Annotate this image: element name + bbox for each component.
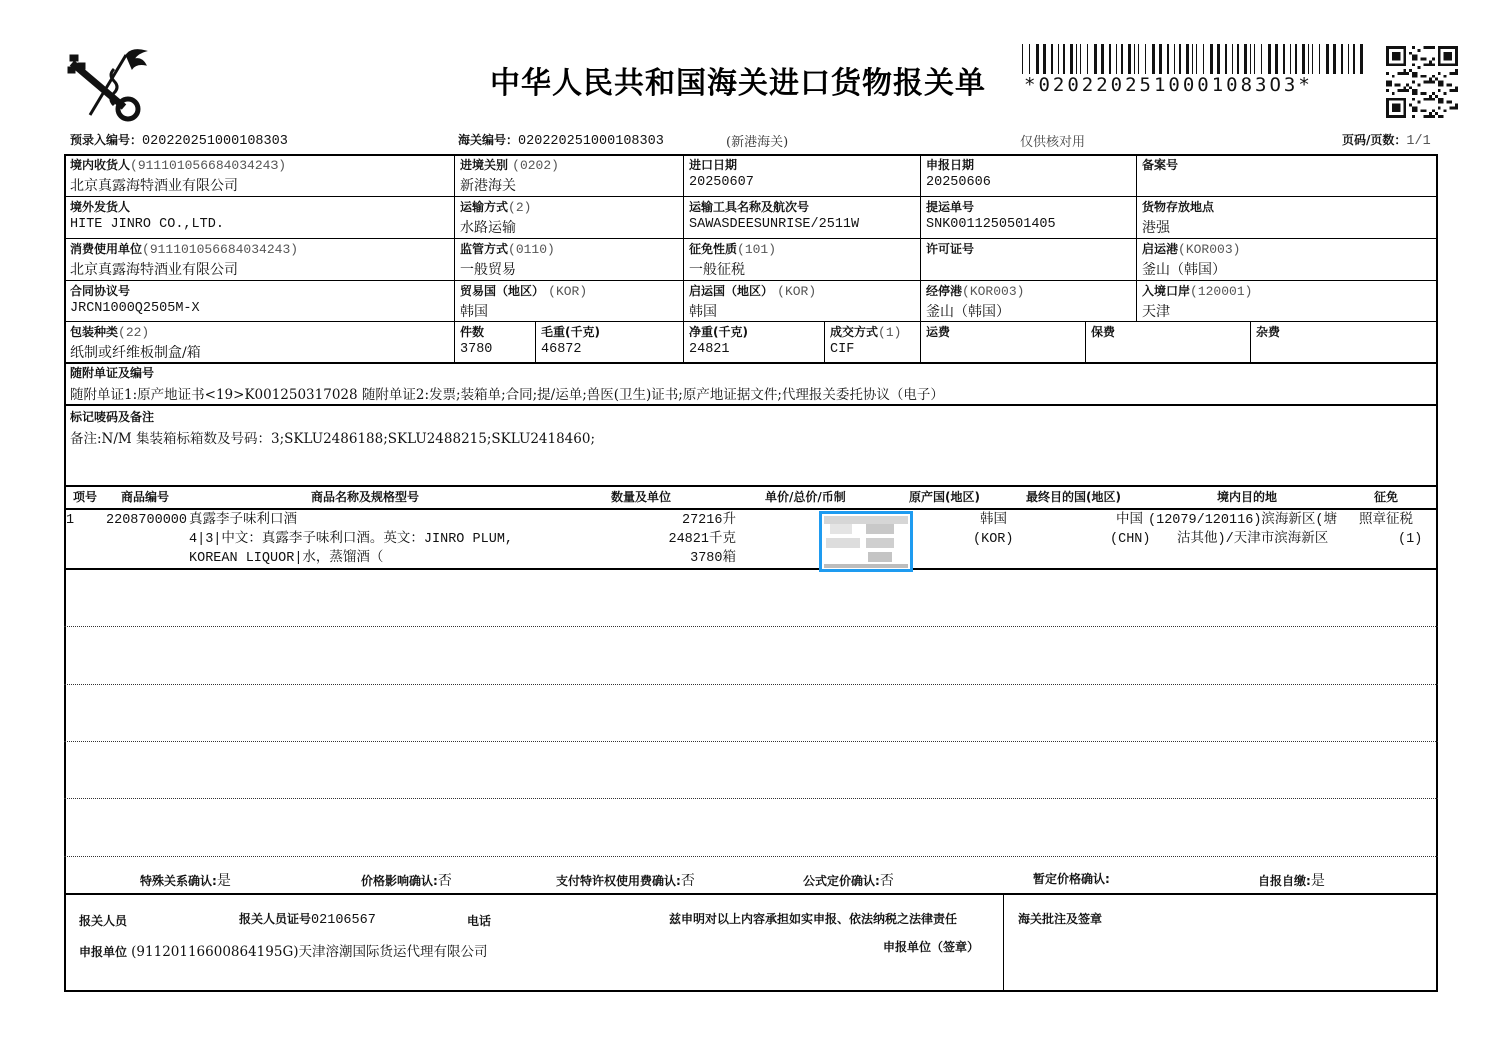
legal-statement: 兹申明对以上内容承担如实申报、依法纳税之法律责任 [669, 910, 957, 927]
pre-entry-number: 预录入编号：020220251000108303 [70, 131, 288, 149]
field-bill-of-lading: 提运单号 SNK0011250501405 [920, 196, 1136, 238]
qr-code-icon [1386, 46, 1458, 118]
col-levy: 征免 [1374, 488, 1398, 505]
confirm-provisional-price: 暂定价格确认: [1033, 870, 1110, 887]
field-misc-fee: 杂费 [1250, 321, 1436, 362]
field-record-no: 备案号 [1136, 154, 1436, 196]
phone-label: 电话 [467, 912, 491, 929]
field-consignee: 境内收货人(91110105668403424З) 北京真露海特酒业有限公司 [64, 154, 454, 196]
verification-note: 仅供核对用 [1020, 131, 1085, 150]
field-entry-customs: 进境关别 (0202) 新港海关 [454, 154, 683, 196]
customs-emblem-icon [66, 45, 148, 123]
customs-number: 海关编号：020220251000108303 [458, 131, 664, 149]
field-levy-nature: 征免性质(101) 一般征税 [683, 238, 920, 280]
field-stop-port: 经停港(KOR003) 釜山（韩国） [920, 280, 1136, 321]
barcode-text: *0202202510001083O3* [1024, 74, 1313, 96]
confirm-price-influence: 价格影响确认:否 [361, 870, 452, 890]
declaring-unit: 申报单位 (91120116600864195G)天津溶潮国际货运代理有限公司 [79, 940, 488, 960]
field-storage-place: 货物存放地点 港强 [1136, 196, 1436, 238]
field-marks-remarks: 标记唛码及备注 备注:N/M 集装箱标箱数及号码：3;SKLU2486188;S… [64, 404, 1436, 485]
page-indicator: 页码/页数：1/1 [1342, 131, 1431, 149]
field-shipper: 境外发货人 HITE JINRO CO.,LTD. [64, 196, 454, 238]
field-vessel-voyage: 运输工具名称及航次号 SAWASDEESUNRISE/2511W [683, 196, 920, 238]
confirm-special-relation: 特殊关系确认:是 [140, 870, 231, 890]
seal-label: 申报单位（签章） [883, 938, 979, 955]
declarant-label: 报关人员 [79, 912, 127, 929]
field-departure-port: 启运港(KOR003) 釜山（韩国） [1136, 238, 1436, 280]
empty-item-row [66, 628, 1436, 684]
field-gross-weight: 毛重(千克) 46872 [535, 321, 683, 362]
field-import-date: 进口日期 20250607 [683, 154, 920, 196]
field-pieces: 件数 3780 [454, 321, 535, 362]
confirm-formula-pricing: 公式定价确认:否 [803, 870, 894, 890]
field-insurance: 保费 [1085, 321, 1250, 362]
field-consumer-unit: 消费使用单位(911101056684034243) 北京真露海特酒业有限公司 [64, 238, 454, 280]
field-license-no: 许可证号 [920, 238, 1136, 280]
field-departure-country: 启运国（地区） (KOR) 韩国 [683, 280, 920, 321]
declarant-cert: 报关人员证号02106567 [239, 910, 376, 928]
col-goods-name: 商品名称及规格型号 [311, 488, 419, 505]
field-supervision-mode: 监管方式(0110) 一般贸易 [454, 238, 683, 280]
confirm-royalty: 支付特许权使用费确认:否 [556, 870, 695, 890]
field-attached-docs: 随附单证及编号 随附单证1:原产地证书<19>K001250317028 随附单… [64, 362, 1436, 404]
confirm-self-declare: 自报自缴:是 [1258, 870, 1325, 890]
field-trade-country: 贸易国（地区） (KOR) 韩国 [454, 280, 683, 321]
document-title: 中华人民共和国海关进口货物报关单 [490, 58, 986, 102]
empty-item-row [66, 570, 1436, 626]
customs-office: (新港海关) [726, 131, 788, 150]
redacted-price-region[interactable] [819, 511, 913, 572]
empty-item-row [66, 686, 1436, 741]
col-quantity: 数量及单位 [611, 488, 671, 505]
empty-item-row [66, 743, 1436, 798]
col-origin: 原产国(地区) [909, 488, 980, 505]
col-price: 单价/总价/币制 [765, 488, 846, 505]
field-contract-no: 合同协议号 JRCN1000Q2505M-X [64, 280, 454, 321]
field-net-weight: 净重(千克) 24821 [683, 321, 824, 362]
field-transport-mode: 运输方式(2) 水路运输 [454, 196, 683, 238]
barcode-icon [1022, 44, 1366, 74]
col-item-no: 项号 [73, 488, 97, 505]
field-freight: 运费 [920, 321, 1085, 362]
field-transaction-mode: 成交方式(1) CIF [824, 321, 920, 362]
field-declare-date: 申报日期 20250606 [920, 154, 1136, 196]
col-final-dest: 最终目的国(地区) [1026, 488, 1121, 505]
field-entry-port: 入境口岸(120001) 天津 [1136, 280, 1436, 321]
col-hs-code: 商品编号 [121, 488, 169, 505]
empty-item-row [66, 800, 1436, 856]
customs-remark-label: 海关批注及签章 [1018, 910, 1102, 927]
col-domestic-dest: 境内目的地 [1217, 488, 1277, 505]
field-package-type: 包装种类(22) 纸制或纤维板制盒/箱 [64, 321, 454, 362]
